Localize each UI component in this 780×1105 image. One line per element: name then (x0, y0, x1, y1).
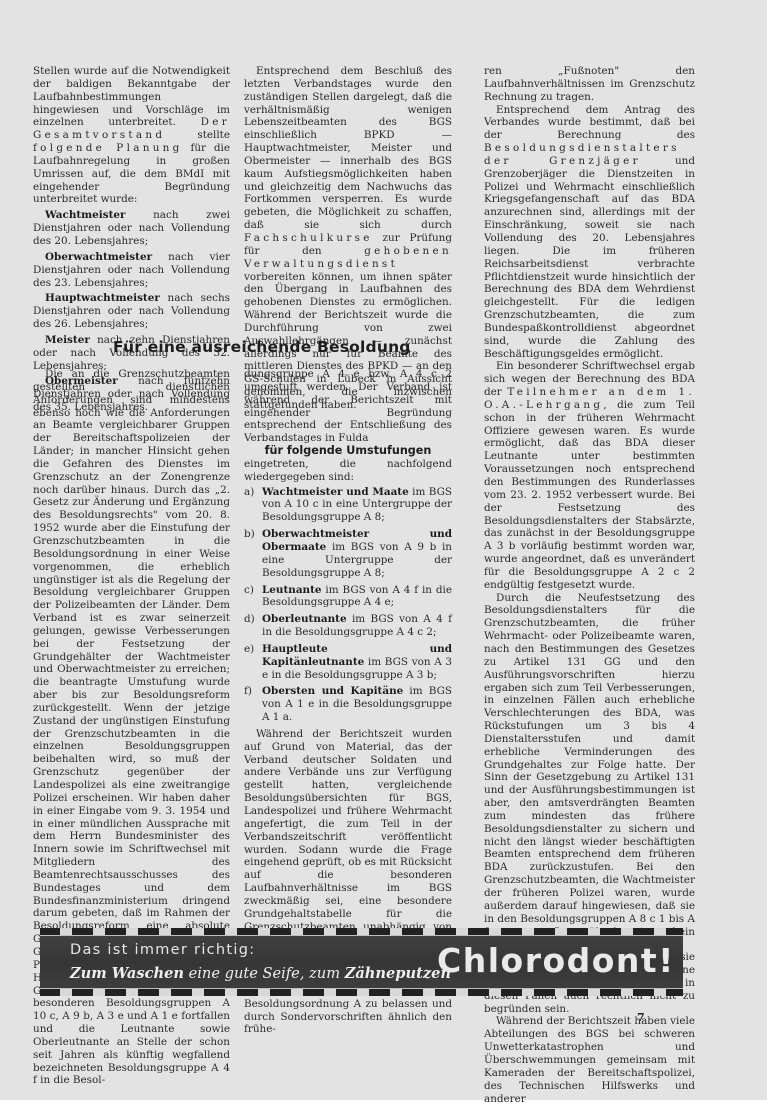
rank-entry: Oberwachtmeister nach vier Dienstjahren … (33, 251, 230, 290)
column-2-top: Entsprechend dem Beschluß des letzten Ve… (244, 65, 452, 412)
paragraph: Entsprechend dem Antrag des Verbandes wu… (484, 104, 695, 361)
paragraph: eingetreten, die nachfolgend wiedergegeb… (244, 458, 452, 484)
sub-heading: für folgende Umstufungen (244, 445, 452, 458)
list-item: c)Leutnante im BGS von A 4 f in die Beso… (244, 584, 452, 610)
ad-brand-name: Chlorodont! (437, 941, 675, 980)
paragraph: ren „Fußnoten" den Laufbahnverhältnissen… (484, 65, 695, 104)
rank-entry: Wachtmeister nach zwei Dienstjahren oder… (33, 209, 230, 248)
paragraph: Entsprechend dem Beschluß des letzten Ve… (244, 65, 452, 412)
rank-entry: Hauptwachtmeister nach sechs Dienstjahre… (33, 292, 230, 331)
page-number: 7 (637, 1011, 645, 1024)
paragraph: Ein besonderer Schriftwechsel ergab sich… (484, 360, 695, 591)
list-item: b)Oberwachtmeister und Obermaate im BGS … (244, 528, 452, 579)
ad-tagline: Das ist immer richtig: (70, 942, 255, 958)
list-item: e)Hauptleute und Kapitänleutnante im BGS… (244, 643, 452, 682)
ad-slogan: Zum Waschen eine gute Seife, zum Zähnepu… (70, 965, 451, 982)
column-1-top: Stellen wurde auf die Notwendigkeit der … (33, 65, 230, 414)
list-item: d)Oberleutnante im BGS von A 4 f in die … (244, 613, 452, 639)
paragraph: dungsgruppe A 4 e bzw. A 4 c 2 umgestuft… (244, 368, 452, 445)
chlorodont-advertisement: Das ist immer richtig: Zum Waschen eine … (40, 928, 683, 996)
film-strip-border-bottom (40, 988, 683, 996)
film-strip-border-top (40, 928, 683, 936)
paragraph: Stellen wurde auf die Notwendigkeit der … (33, 65, 230, 206)
section-heading: Für eine ausreichende Besoldung (113, 338, 411, 356)
reclassification-list: a)Wachtmeister und Maate im BGS von A 10… (244, 486, 452, 724)
magazine-page: Stellen wurde auf die Notwendigkeit der … (0, 0, 767, 1100)
list-item: f)Obersten und Kapitäne im BGS von A 1 e… (244, 685, 452, 724)
paragraph: Während der Berichtszeit haben viele Abt… (484, 1015, 695, 1100)
list-item: a)Wachtmeister und Maate im BGS von A 10… (244, 486, 452, 525)
